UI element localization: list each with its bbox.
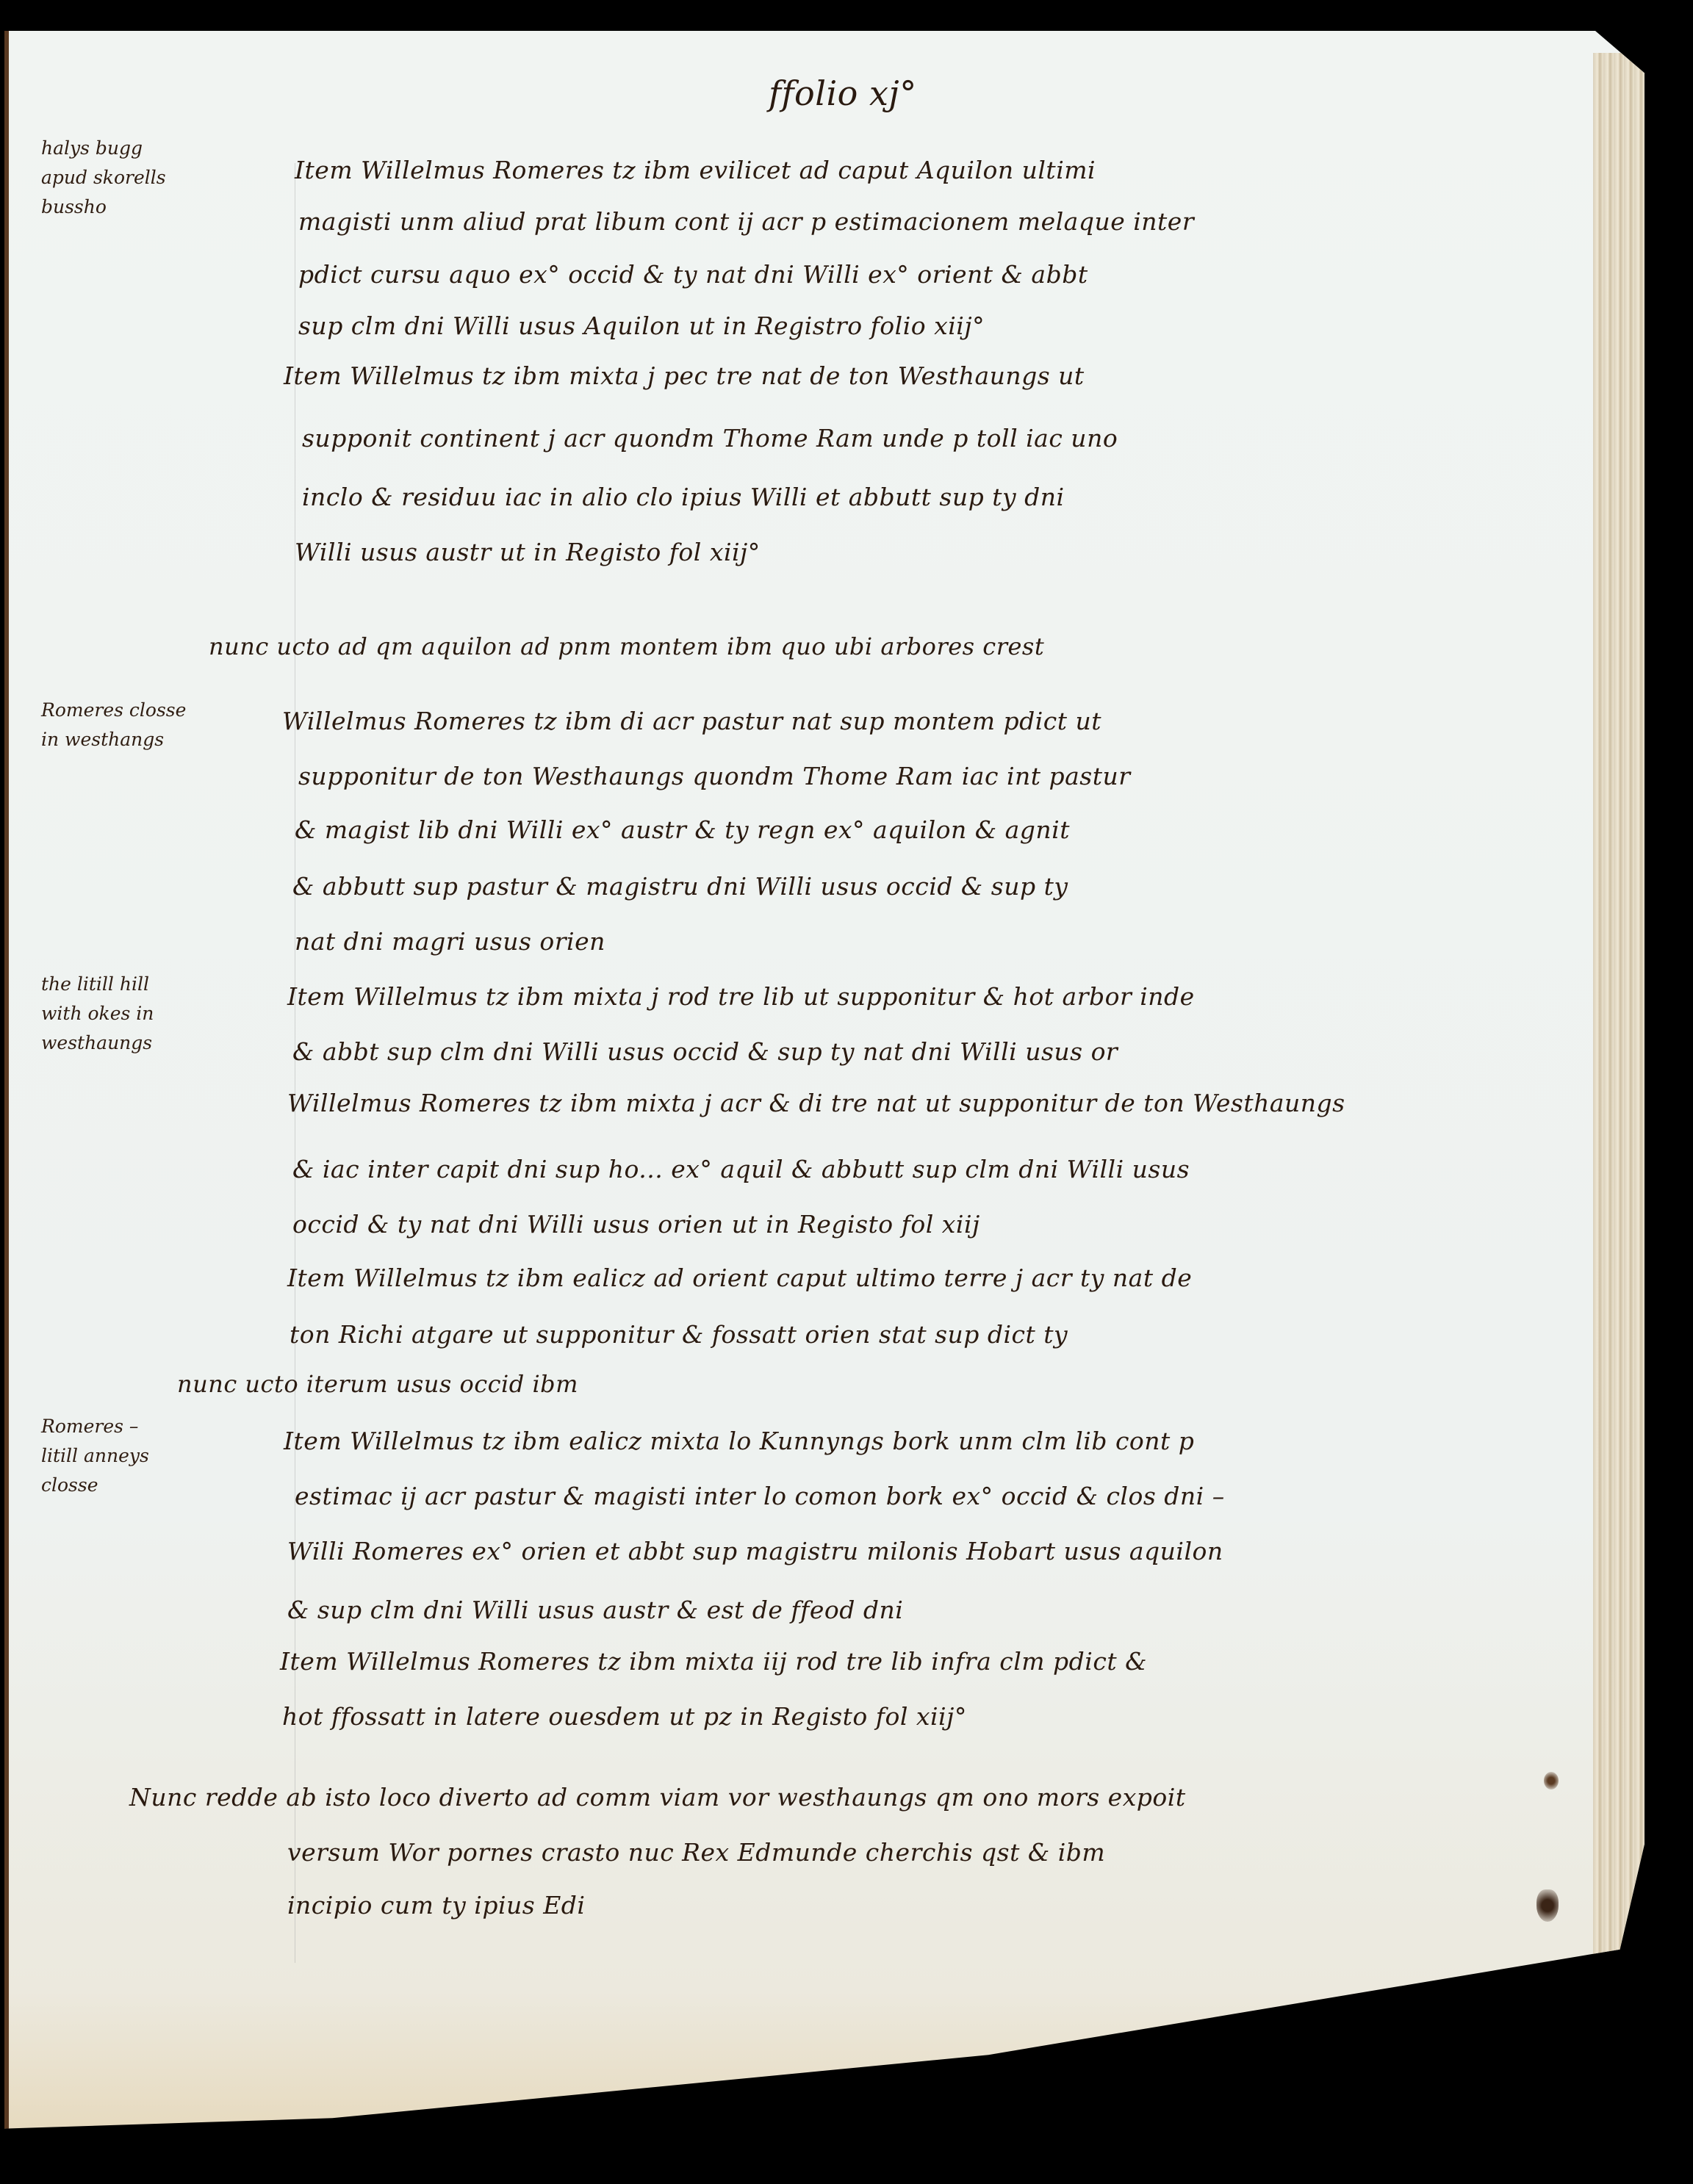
text-line: Item Willelmus tz ibm ealicz mixta lo Ku… xyxy=(284,1427,1194,1456)
text-line: Willelmus Romeres tz ibm mixta j acr & d… xyxy=(287,1089,1345,1118)
margin-note-line: bussho xyxy=(41,192,254,222)
text-line: Item Willelmus Romeres tz ibm mixta iij … xyxy=(280,1647,1147,1676)
manuscript-page: ffolio xj° halys bugg apud skorells buss… xyxy=(4,31,1645,2139)
text-line: & magist lib dni Willi ex° austr & ty re… xyxy=(295,815,1070,845)
margin-note-line: westhaungs xyxy=(41,1028,254,1058)
text-line: & abbutt sup pastur & magistru dni Willi… xyxy=(292,872,1068,901)
margin-note-line: in westhangs xyxy=(41,725,254,754)
margin-note-litill-hill: the litill hill with okes in westhaungs xyxy=(41,970,254,1058)
text-line: incipio cum ty ipius Edi xyxy=(287,1891,585,1920)
text-line: occid & ty nat dni Willi usus orien ut i… xyxy=(292,1210,980,1239)
text-line: & sup clm dni Willi usus austr & est de … xyxy=(287,1596,903,1625)
ink-blot xyxy=(1536,1889,1559,1922)
text-line: Item Willelmus tz ibm mixta j rod tre li… xyxy=(287,982,1195,1012)
text-line: supponitur de ton Westhaungs quondm Thom… xyxy=(298,762,1131,791)
text-line: inclo & residuu iac in alio clo ipius Wi… xyxy=(302,483,1065,512)
ink-mark xyxy=(1544,1772,1559,1790)
text-line: & iac inter capit dni sup ho... ex° aqui… xyxy=(292,1155,1190,1184)
margin-note-line: closse xyxy=(41,1471,254,1500)
text-line: magisti unm aliud prat libum cont ij acr… xyxy=(298,207,1194,237)
text-line: hot ffossatt in latere ouesdem ut pz in … xyxy=(282,1702,967,1731)
text-line: Item Willelmus Romeres tz ibm evilicet a… xyxy=(295,156,1096,185)
section-heading: nunc ucto ad qm aquilon ad pnm montem ib… xyxy=(209,632,1044,661)
text-line: Willi usus austr ut in Registo fol xiij° xyxy=(295,538,761,567)
text-line: ton Richi atgare ut supponitur & fossatt… xyxy=(290,1320,1068,1349)
text-line: pdict cursu aquo ex° occid & ty nat dni … xyxy=(298,260,1088,289)
margin-note-halys-bugg: halys bugg apud skorells bussho xyxy=(41,134,254,222)
margin-note-line: halys bugg xyxy=(41,134,254,163)
section-heading: nunc ucto iterum usus occid ibm xyxy=(177,1369,578,1399)
text-line: supponit continent j acr quondm Thome Ra… xyxy=(302,424,1118,453)
text-line: versum Wor pornes crasto nuc Rex Edmunde… xyxy=(287,1838,1105,1867)
text-line: Willelmus Romeres tz ibm di acr pastur n… xyxy=(282,707,1101,736)
margin-note-line: litill anneys xyxy=(41,1441,254,1471)
binding-gutter xyxy=(4,31,9,2139)
margin-note-line: Romeres – xyxy=(41,1412,254,1441)
text-line: estimac ij acr pastur & magisti inter lo… xyxy=(295,1482,1225,1511)
page-fore-edge xyxy=(1593,53,1645,2029)
text-line: Item Willelmus tz ibm ealicz ad orient c… xyxy=(287,1264,1192,1293)
text-line: Nunc redde ab isto loco diverto ad comm … xyxy=(129,1783,1186,1812)
text-line: Item Willelmus tz ibm mixta j pec tre na… xyxy=(284,361,1085,391)
text-line: Willi Romeres ex° orien et abbt sup magi… xyxy=(287,1537,1223,1566)
margin-note-romeres-closse: Romeres closse in westhangs xyxy=(41,696,254,754)
text-line: sup clm dni Willi usus Aquilon ut in Reg… xyxy=(298,311,985,341)
margin-note-line: Romeres closse xyxy=(41,696,254,725)
margin-note-line: with okes in xyxy=(41,999,254,1028)
margin-note-line: the litill hill xyxy=(41,970,254,999)
margin-note-litill-anneys-closse: Romeres – litill anneys closse xyxy=(41,1412,254,1500)
text-line: & abbt sup clm dni Willi usus occid & su… xyxy=(292,1037,1118,1067)
margin-note-line: apud skorells xyxy=(41,163,254,192)
folio-number: ffolio xj° xyxy=(769,73,917,113)
text-line: nat dni magri usus orien xyxy=(295,927,605,956)
